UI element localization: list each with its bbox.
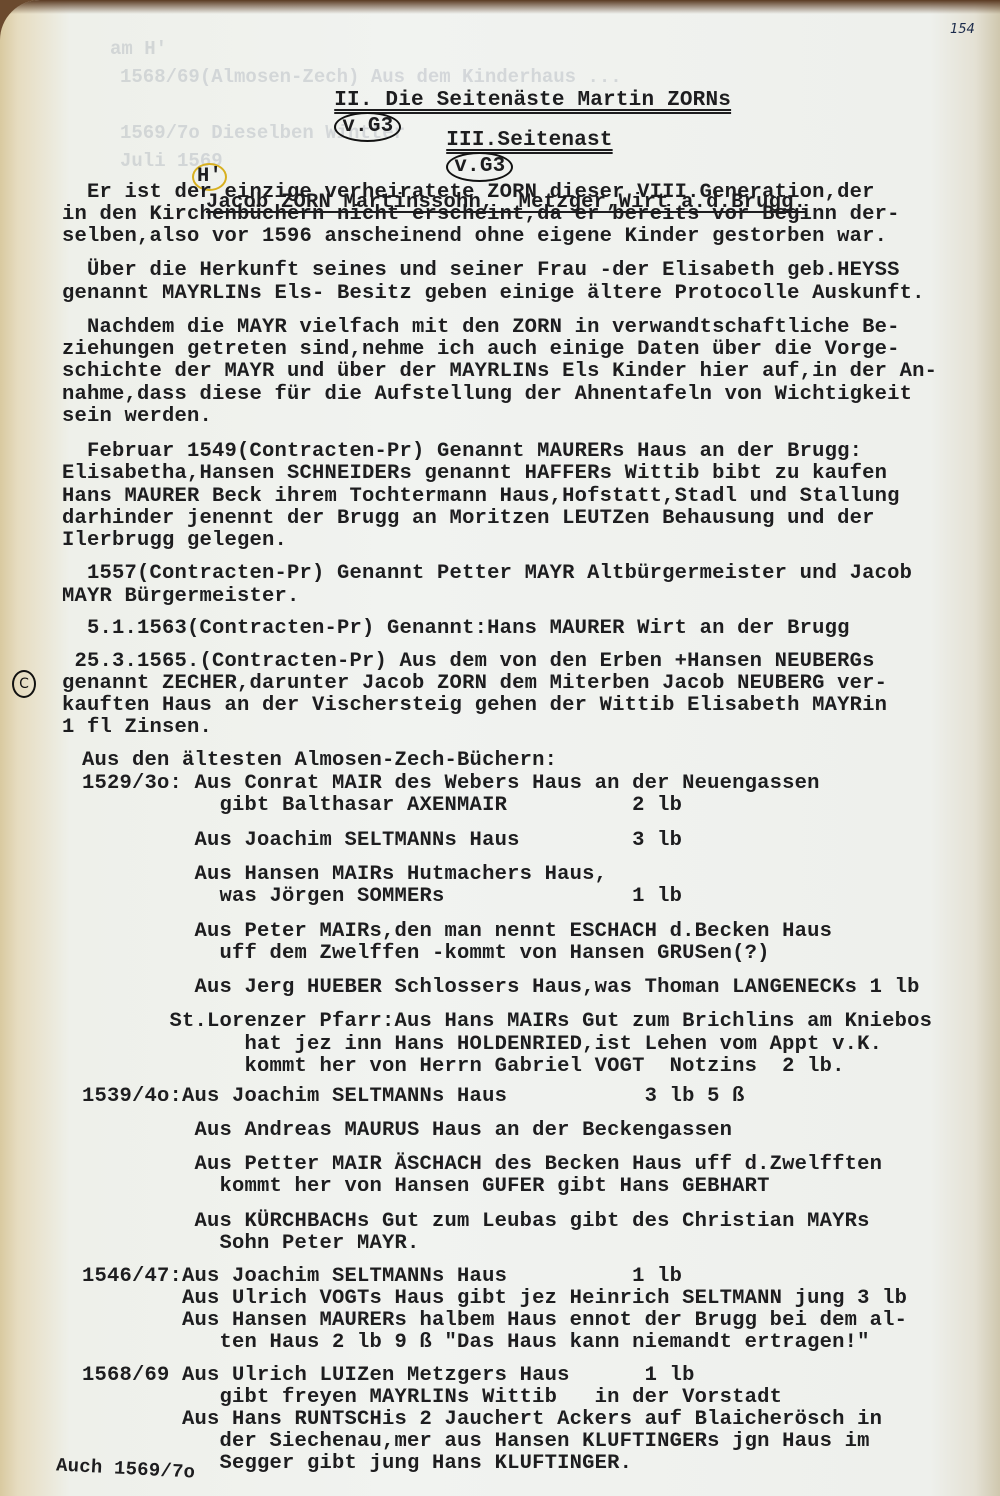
text-line: Er ist der einzige verheiratete ZORN die… [62, 181, 875, 204]
record-line: kommt her von Herrn Gabriel VOGT Notzins… [82, 1055, 845, 1078]
text-line: nahme,dass diese für die Aufstellung der… [62, 383, 912, 406]
text-line: sein werden. [62, 405, 212, 428]
record-line: Aus Peter MAIRs,den man nennt ESCHACH d.… [82, 920, 832, 943]
text-line: Hans MAURER Beck ihrem Tochtermann Haus,… [62, 485, 900, 508]
record-line: Aus Joachim SELTMANNs Haus 3 lb [82, 829, 682, 852]
record-line: Aus Andreas MAURUS Haus an der Beckengas… [82, 1119, 732, 1142]
record-line: der Siechenau,mer aus Hansen KLUFTINGERs… [82, 1430, 870, 1453]
record-line: gibt freyen MAYRLINs Wittib in der Vorst… [82, 1386, 782, 1409]
text-line: schichte der MAYR und über der MAYRLINs … [62, 360, 937, 383]
margin-annotation-c: C [12, 670, 36, 698]
text-line: 25.3.1565.(Contracten-Pr) Aus dem von de… [62, 650, 875, 673]
document-page: am H' 1568/69(Almosen-Zech) Aus dem Kind… [0, 0, 1000, 1496]
record-line: 1539/4o:Aus Joachim SELTMANNs Haus 3 lb … [82, 1085, 745, 1108]
text-line: Über die Herkunft seines und seiner Frau… [62, 259, 900, 282]
record-line: was Jörgen SOMMERs 1 lb [82, 885, 682, 908]
record-line: St.Lorenzer Pfarr:Aus Hans MAIRs Gut zum… [82, 1010, 932, 1033]
record-line: Aus Hansen MAURERs halbem Haus ennot der… [82, 1309, 907, 1332]
record-line: hat jez inn Hans HOLDENRIED,ist Lehen vo… [82, 1033, 882, 1056]
record-line: Aus Hans RUNTSCHis 2 Jauchert Ackers auf… [82, 1408, 882, 1431]
text-line: in den Kirchenbüchern nicht erscheint,da… [62, 203, 900, 226]
record-line: gibt Balthasar AXENMAIR 2 lb [82, 794, 682, 817]
text-line: selben,also vor 1596 anscheinend ohne ei… [62, 225, 887, 248]
text-line: Elisabetha,Hansen SCHNEIDERs genannt HAF… [62, 462, 887, 485]
records-heading: Aus den ältesten Almosen-Zech-Büchern: [82, 749, 557, 772]
text-line: darhinder jenennt der Brugg an Moritzen … [62, 507, 875, 530]
record-line: Aus Hansen MAIRs Hutmachers Haus, [82, 863, 607, 886]
record-line: kommt her von Hansen GUFER gibt Hans GEB… [82, 1175, 770, 1198]
text-line: MAYR Bürgermeister. [62, 585, 300, 608]
text-line: genannt MAYRLINs Els- Besitz geben einig… [62, 282, 925, 305]
page-number: 154 [950, 22, 975, 37]
record-line: 1546/47:Aus Joachim SELTMANNs Haus 1 lb [82, 1265, 682, 1288]
record-line: Aus Jerg HUEBER Schlossers Haus,was Thom… [82, 976, 920, 999]
text-line: ziehungen getreten sind,nehme ich auch e… [62, 338, 900, 361]
text-line: 1 fl Zinsen. [62, 716, 212, 739]
record-line: ten Haus 2 lb 9 ß "Das Haus kann niemand… [82, 1331, 870, 1354]
record-line: Sohn Peter MAYR. [82, 1232, 420, 1255]
text-line: 5.1.1563(Contracten-Pr) Genannt:Hans MAU… [62, 617, 850, 640]
text-line: kauften Haus an der Vischersteig gehen d… [62, 694, 887, 717]
record-line: Aus Ulrich VOGTs Haus gibt jez Heinrich … [82, 1287, 907, 1310]
record-line: 1568/69 Aus Ulrich LUIZen Metzgers Haus … [82, 1364, 695, 1387]
reference-circle: v.G3 [334, 112, 401, 142]
record-line: 1529/3o: Aus Conrat MAIR des Webers Haus… [82, 772, 820, 795]
record-line: Aus Petter MAIR ÄSCHACH des Becken Haus … [82, 1153, 882, 1176]
record-line: Aus KÜRCHBACHs Gut zum Leubas gibt des C… [82, 1210, 870, 1233]
text-line: Februar 1549(Contracten-Pr) Genannt MAUR… [62, 440, 862, 463]
record-line: uff dem Zwelffen -kommt von Hansen GRUSe… [82, 942, 770, 965]
text-line: Ilerbrugg gelegen. [62, 529, 287, 552]
text-line: 1557(Contracten-Pr) Genannt Petter MAYR … [62, 562, 912, 585]
text-line: genannt ZECHER,darunter Jacob ZORN dem M… [62, 672, 887, 695]
bleed-through-line: am H' [110, 38, 167, 60]
text-line: Nachdem die MAYR vielfach mit den ZORN i… [62, 316, 900, 339]
